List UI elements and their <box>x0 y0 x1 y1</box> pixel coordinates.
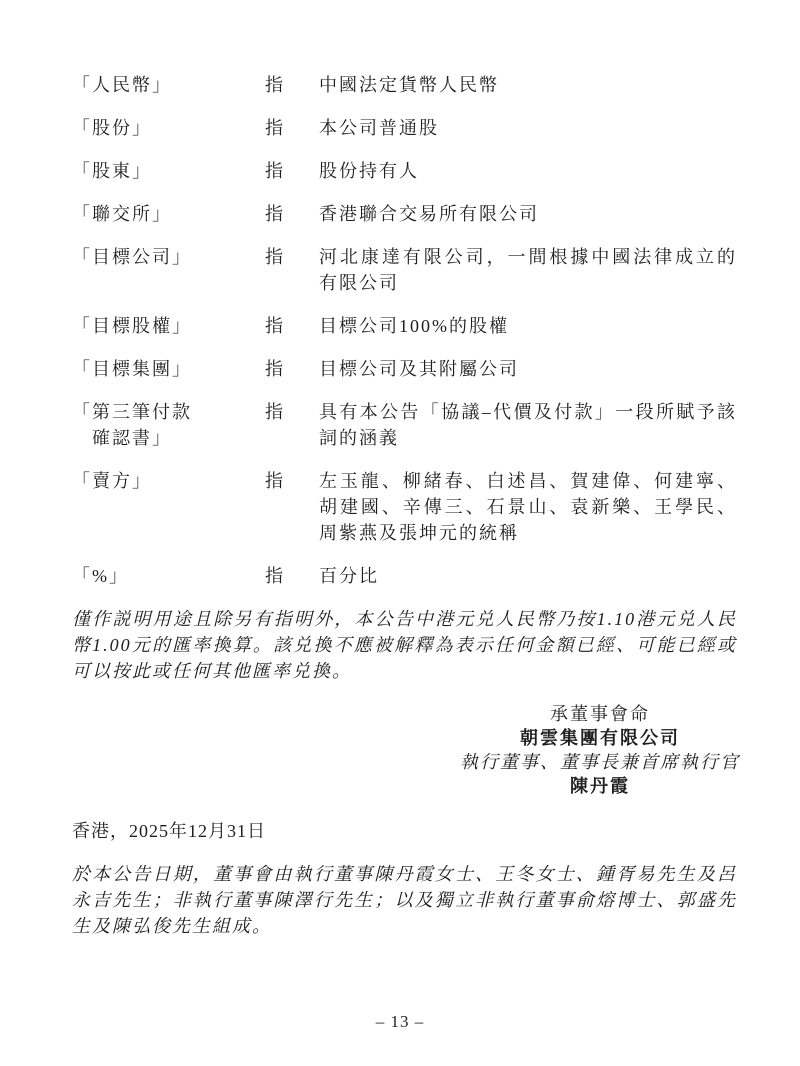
definition-text: 左玉龍、柳緒春、白述昌、賀建偉、何建寧、胡建國、辛傳三、石景山、袁新樂、王學民、… <box>319 468 737 546</box>
definition-term: 「聯交所」 <box>72 201 265 227</box>
document-page: { "document": { "definitions": [ { "term… <box>0 0 800 1066</box>
definition-row-target-company: 「目標公司」 指 河北康達有限公司，一間根據中國法律成立的有限公司 <box>72 244 737 296</box>
definition-row-third-payment-confirmation: 「第三筆付款 確認書」 指 具有本公告「協議–代價及付款」一段所賦予該詞的涵義 <box>72 399 737 451</box>
definition-term: 「%」 <box>72 563 265 589</box>
definition-text: 香港聯合交易所有限公司 <box>319 201 737 227</box>
definition-term: 「股份」 <box>72 115 265 141</box>
signoff-by-order: 承董事會命 <box>430 702 770 726</box>
definition-row-target-group: 「目標集團」 指 目標公司及其附屬公司 <box>72 356 737 382</box>
signoff-signer-title: 執行董事、董事長兼首席執行官 <box>430 750 770 774</box>
definition-means-label: 指 <box>265 356 319 382</box>
definition-row-shareholders: 「股東」 指 股份持有人 <box>72 158 737 184</box>
definition-term: 「人民幣」 <box>72 72 265 98</box>
definitions-list: 「人民幣」 指 中國法定貨幣人民幣 「股份」 指 本公司普通股 「股東」 指 股… <box>72 72 737 589</box>
definition-means-label: 指 <box>265 563 319 589</box>
definition-means-label: 指 <box>265 313 319 339</box>
definition-means-label: 指 <box>265 158 319 184</box>
definition-term: 「目標公司」 <box>72 244 265 296</box>
definition-row-target-equity: 「目標股權」 指 目標公司100%的股權 <box>72 313 737 339</box>
definition-term: 「目標股權」 <box>72 313 265 339</box>
board-composition-paragraph: 於本公告日期，董事會由執行董事陳丹霞女士、王冬女士、鍾胥易先生及呂永吉先生；非執… <box>72 861 737 939</box>
definition-means-label: 指 <box>265 399 319 451</box>
definition-means-label: 指 <box>265 72 319 98</box>
definition-row-shares: 「股份」 指 本公司普通股 <box>72 115 737 141</box>
definition-means-label: 指 <box>265 244 319 296</box>
signoff-company-name: 朝雲集團有限公司 <box>430 726 770 750</box>
definition-term: 「股東」 <box>72 158 265 184</box>
definition-text: 具有本公告「協議–代價及付款」一段所賦予該詞的涵義 <box>319 399 737 451</box>
definition-text: 百分比 <box>319 563 737 589</box>
definition-row-vendors: 「賣方」 指 左玉龍、柳緒春、白述昌、賀建偉、何建寧、胡建國、辛傳三、石景山、袁… <box>72 468 737 546</box>
signoff-signer-name: 陳丹霞 <box>430 774 770 798</box>
place-date-line: 香港，2025年12月31日 <box>72 818 737 844</box>
definition-text: 河北康達有限公司，一間根據中國法律成立的有限公司 <box>319 244 737 296</box>
definition-text: 中國法定貨幣人民幣 <box>319 72 737 98</box>
signoff-block: 承董事會命 朝雲集團有限公司 執行董事、董事長兼首席執行官 陳丹霞 <box>430 702 770 798</box>
definition-text: 目標公司100%的股權 <box>319 313 737 339</box>
definition-means-label: 指 <box>265 115 319 141</box>
definition-text: 目標公司及其附屬公司 <box>319 356 737 382</box>
definition-text: 股份持有人 <box>319 158 737 184</box>
page-number: – 13 – <box>0 1012 800 1032</box>
definition-term: 「目標集團」 <box>72 356 265 382</box>
page-content: 「人民幣」 指 中國法定貨幣人民幣 「股份」 指 本公司普通股 「股東」 指 股… <box>72 0 737 957</box>
definition-row-stock-exchange: 「聯交所」 指 香港聯合交易所有限公司 <box>72 201 737 227</box>
definition-row-percent: 「%」 指 百分比 <box>72 563 737 589</box>
definition-text: 本公司普通股 <box>319 115 737 141</box>
definition-term: 「賣方」 <box>72 468 265 546</box>
definition-means-label: 指 <box>265 468 319 546</box>
definition-row-renminbi: 「人民幣」 指 中國法定貨幣人民幣 <box>72 72 737 98</box>
exchange-rate-note: 僅作説明用途且除另有指明外，本公告中港元兑人民幣乃按1.10港元兑人民幣1.00… <box>72 606 737 684</box>
definition-means-label: 指 <box>265 201 319 227</box>
definition-term: 「第三筆付款 確認書」 <box>72 399 265 451</box>
